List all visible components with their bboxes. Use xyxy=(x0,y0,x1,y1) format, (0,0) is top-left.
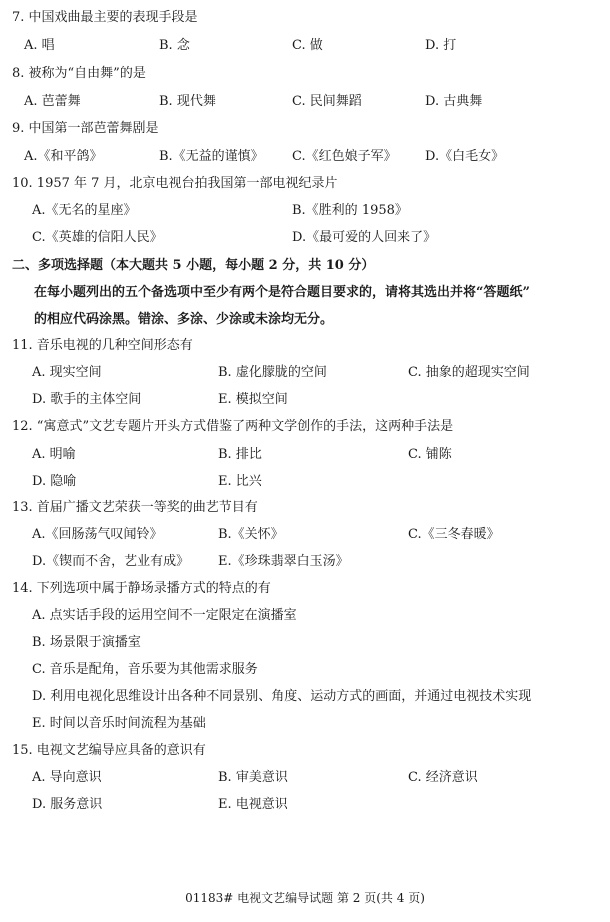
q13-option-b: B.《关怀》 xyxy=(218,526,284,544)
q13-option-c: C.《三冬春暖》 xyxy=(408,526,500,544)
q12-option-e: E. 比兴 xyxy=(218,473,262,491)
q11-option-c: C. 抽象的超现实空间 xyxy=(408,364,530,382)
q8-option-d: D. 古典舞 xyxy=(425,93,482,111)
question-15-stem: 15. 电视文艺编导应具备的意识有 xyxy=(12,742,206,760)
section-2-heading: 二、多项选择题（本大题共 5 小题，每小题 2 分，共 10 分） xyxy=(12,257,374,275)
q15-option-d: D. 服务意识 xyxy=(32,796,102,814)
q10-option-d: D.《最可爱的人回来了》 xyxy=(292,229,436,247)
q11-option-e: E. 模拟空间 xyxy=(218,391,288,409)
q10-option-b: B.《胜利的 1958》 xyxy=(292,202,408,220)
q9-option-d: D.《白毛女》 xyxy=(425,148,504,166)
question-12-stem: 12. “寓意式”文艺专题片开头方式借鉴了两种文学创作的手法，这两种手法是 xyxy=(12,418,453,436)
question-10-stem: 10. 1957 年 7 月，北京电视台拍我国第一部电视纪录片 xyxy=(12,175,338,193)
question-11-stem: 11. 音乐电视的几种空间形态有 xyxy=(12,337,193,355)
page-footer: 01183# 电视文艺编导试题 第 2 页(共 4 页) xyxy=(0,889,610,906)
question-7-stem: 7. 中国戏曲最主要的表现手段是 xyxy=(12,9,198,27)
q14-option-a: A. 点实话手段的运用空间不一定限定在演播室 xyxy=(32,607,297,625)
q15-option-e: E. 电视意识 xyxy=(218,796,288,814)
q9-option-a: A.《和平鸽》 xyxy=(24,148,103,166)
q8-option-c: C. 民间舞蹈 xyxy=(292,93,362,111)
question-14-stem: 14. 下列选项中属于静场录播方式的特点的有 xyxy=(12,580,271,598)
q15-option-a: A. 导向意识 xyxy=(32,769,102,787)
q10-option-a: A.《无名的星座》 xyxy=(32,202,137,220)
q15-option-b: B. 审美意识 xyxy=(218,769,288,787)
question-8-stem: 8. 被称为“自由舞”的是 xyxy=(12,65,146,83)
q13-option-d: D.《锲而不舍，艺业有成》 xyxy=(32,553,189,571)
q12-option-d: D. 隐喻 xyxy=(32,473,76,491)
q14-option-c: C. 音乐是配角，音乐要为其他需求服务 xyxy=(32,661,258,679)
q15-option-c: C. 经济意识 xyxy=(408,769,478,787)
q7-option-b: B. 念 xyxy=(159,37,190,55)
q14-option-e: E. 时间以音乐时间流程为基础 xyxy=(32,715,206,733)
q9-option-c: C.《红色娘子军》 xyxy=(292,148,397,166)
q8-option-a: A. 芭蕾舞 xyxy=(24,93,81,111)
q7-option-a: A. 唱 xyxy=(24,37,55,55)
section-2-instruction-line1: 在每小题列出的五个备选项中至少有两个是符合题目要求的，请将其选出并将“答题纸” xyxy=(34,284,530,302)
q11-option-a: A. 现实空间 xyxy=(32,364,102,382)
q12-option-a: A. 明喻 xyxy=(32,446,76,464)
q11-option-b: B. 虚化朦胧的空间 xyxy=(218,364,327,382)
q11-option-d: D. 歌手的主体空间 xyxy=(32,391,141,409)
question-9-stem: 9. 中国第一部芭蕾舞剧是 xyxy=(12,120,159,138)
q13-option-a: A.《回肠荡气叹闻铃》 xyxy=(32,526,163,544)
q14-option-b: B. 场景限于演播室 xyxy=(32,634,141,652)
q9-option-b: B.《无益的谨慎》 xyxy=(159,148,264,166)
q13-option-e: E.《珍珠翡翠白玉汤》 xyxy=(218,553,349,571)
q7-option-d: D. 打 xyxy=(425,37,456,55)
section-2-instruction-line2: 的相应代码涂黑。错涂、多涂、少涂或未涂均无分。 xyxy=(34,311,333,329)
q12-option-b: B. 排比 xyxy=(218,446,262,464)
q12-option-c: C. 铺陈 xyxy=(408,446,452,464)
question-13-stem: 13. 首届广播文艺荣获一等奖的曲艺节目有 xyxy=(12,499,258,517)
q8-option-b: B. 现代舞 xyxy=(159,93,216,111)
q14-option-d: D. 利用电视化思维设计出各种不同景别、角度、运动方式的画面，并通过电视技术实现 xyxy=(32,688,531,706)
q7-option-c: C. 做 xyxy=(292,37,323,55)
q10-option-c: C.《英雄的信阳人民》 xyxy=(32,229,163,247)
